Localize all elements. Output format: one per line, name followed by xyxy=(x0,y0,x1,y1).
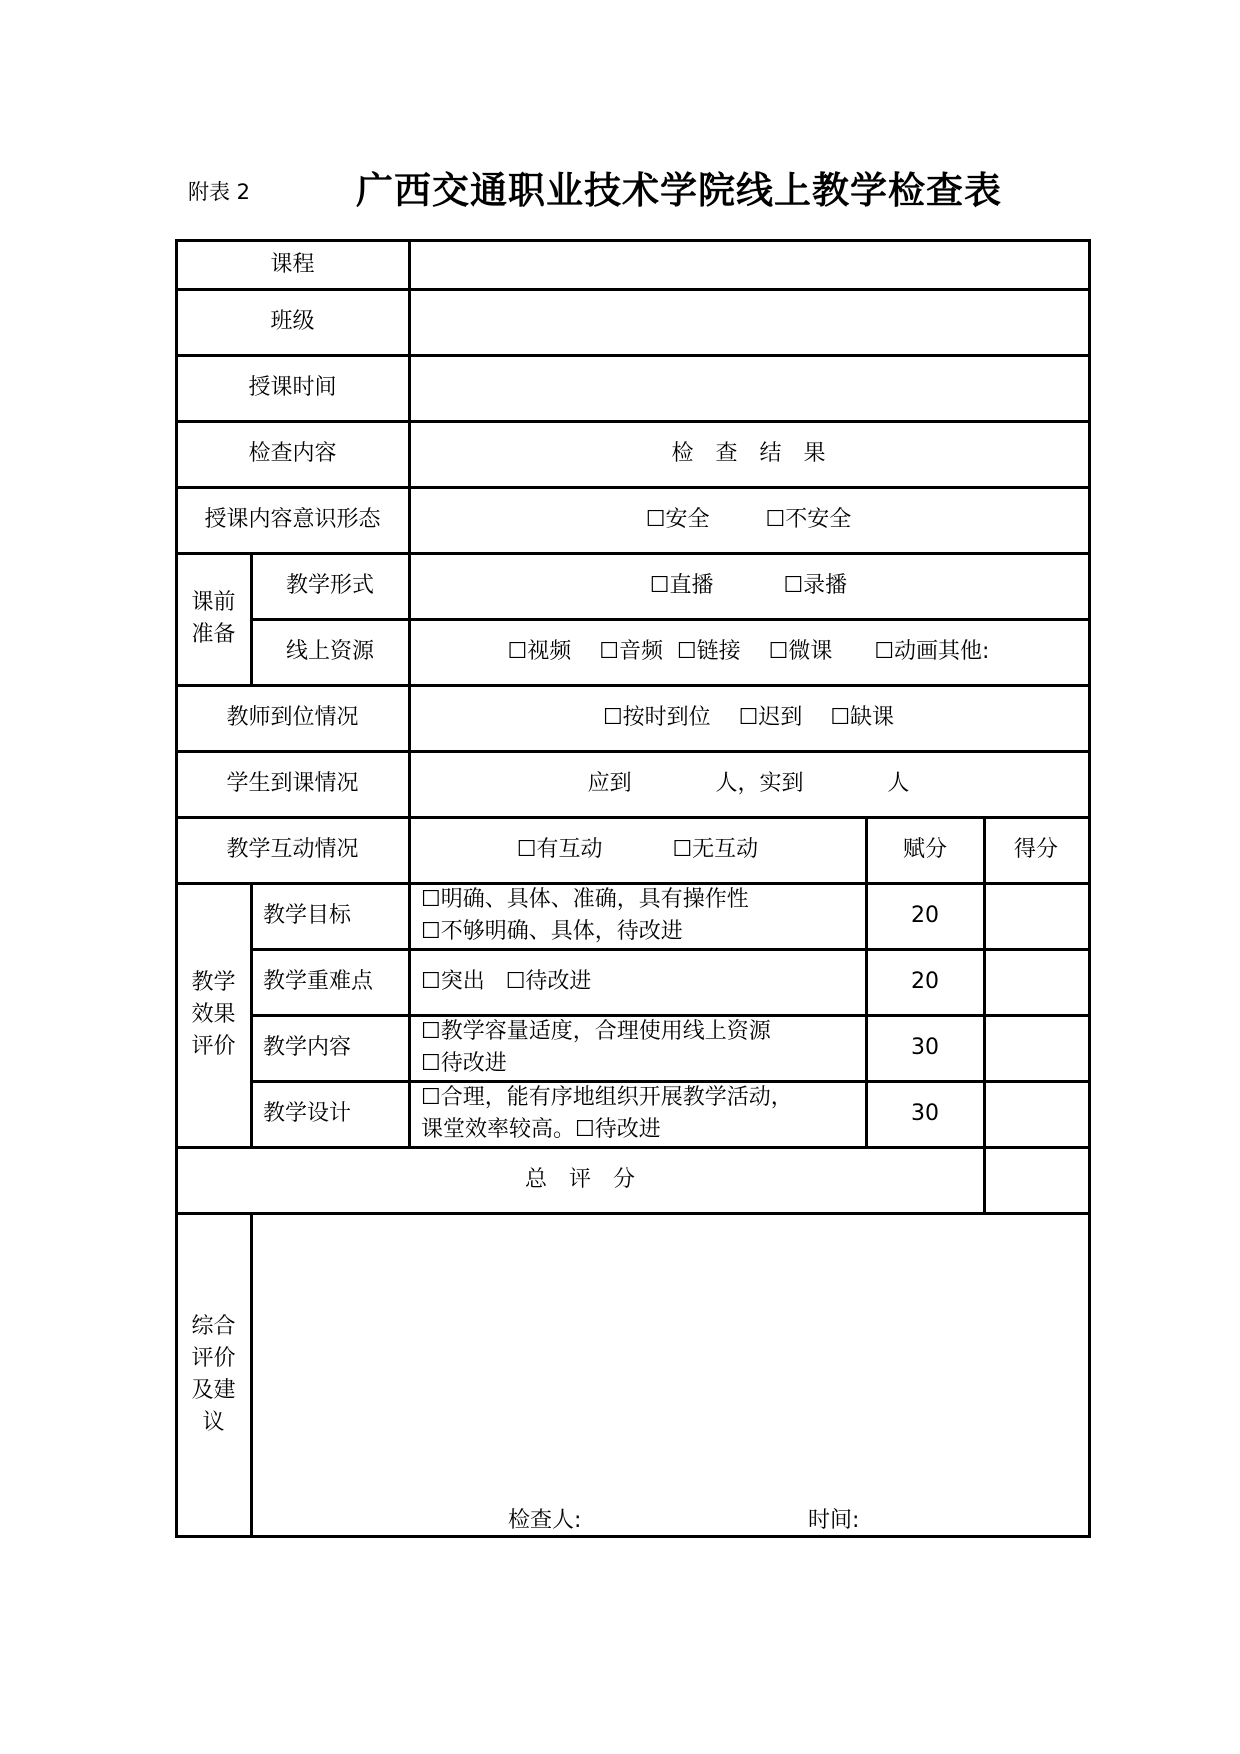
teacher-attendance-options[interactable]: ☐按时到位 ☐迟到 ☐缺课 xyxy=(409,685,1088,751)
total-score-value[interactable] xyxy=(984,1147,1088,1213)
got-header: 得分 xyxy=(984,817,1088,883)
teaching-time-field[interactable] xyxy=(409,355,1088,421)
eval-goal-got[interactable] xyxy=(984,883,1088,949)
eval-key-points-options[interactable]: ☐突出 ☐待改进 xyxy=(409,949,866,1015)
eval-key-points-got[interactable] xyxy=(984,949,1088,1015)
pre-class-label-line2: 准备 xyxy=(191,619,235,651)
eval-design-got[interactable] xyxy=(984,1081,1088,1147)
inspector-label: 检查人: xyxy=(508,1503,581,1534)
row-divider xyxy=(176,750,1091,753)
evaluation-label-line3: 评价 xyxy=(191,1031,235,1063)
online-resources-options[interactable]: ☐视频 ☐音频 ☐链接 ☐微课 ☐动画其他: xyxy=(409,619,1088,685)
teacher-attendance-label: 教师到位情况 xyxy=(176,685,409,751)
evaluation-label-line2: 效果 xyxy=(191,999,235,1031)
row-divider xyxy=(176,1212,1091,1215)
summary-label-line2: 评价 xyxy=(191,1343,235,1375)
col-divider xyxy=(408,239,411,1147)
student-attendance-text[interactable]: 应到 人，实到 人 xyxy=(409,751,1088,817)
row-divider xyxy=(251,1014,1091,1017)
row-divider xyxy=(176,1146,1091,1149)
pre-class-group-label: 课前 准备 xyxy=(176,553,251,685)
eval-goal-label: 教学目标 xyxy=(251,883,409,949)
class-field[interactable] xyxy=(409,289,1088,355)
eval-goal-option-2[interactable]: ☐不够明确、具体，待改进 xyxy=(421,916,683,948)
col-divider xyxy=(983,816,986,1213)
teaching-form-label: 教学形式 xyxy=(251,553,409,619)
eval-design-options[interactable]: ☐合理，能有序地组织开展教学活动， 课堂效率较高。☐待改进 xyxy=(409,1081,866,1147)
eval-content-score: 30 xyxy=(866,1015,984,1081)
col-divider xyxy=(250,1212,253,1538)
eval-content-option-1[interactable]: ☐教学容量适度，合理使用线上资源 xyxy=(421,1016,771,1048)
eval-content-label: 教学内容 xyxy=(251,1015,409,1081)
check-result-header: 检 查 结 果 xyxy=(409,421,1088,487)
table-border-left xyxy=(175,239,178,1538)
col-divider xyxy=(250,552,253,685)
student-attendance-label: 学生到课情况 xyxy=(176,751,409,817)
row-divider xyxy=(251,948,1091,951)
page-title: 广西交通职业技术学院线上教学检查表 xyxy=(356,160,1002,214)
row-divider xyxy=(176,486,1091,489)
row-divider xyxy=(176,684,1091,687)
summary-label-line4: 议 xyxy=(202,1407,224,1439)
eval-goal-options[interactable]: ☐明确、具体、准确，具有操作性 ☐不够明确、具体，待改进 xyxy=(409,883,866,949)
interaction-options[interactable]: ☐有互动 ☐无互动 xyxy=(409,817,866,883)
score-header: 赋分 xyxy=(866,817,984,883)
teaching-form-options[interactable]: ☐直播 ☐录播 xyxy=(409,553,1088,619)
row-divider xyxy=(176,420,1091,423)
table-border-bottom xyxy=(176,1535,1091,1538)
row-divider xyxy=(176,288,1091,291)
summary-comments-field[interactable] xyxy=(251,1213,1088,1536)
class-label: 班级 xyxy=(176,289,409,355)
total-score-label: 总 评 分 xyxy=(176,1147,984,1213)
eval-content-got[interactable] xyxy=(984,1015,1088,1081)
row-divider xyxy=(176,816,1091,819)
summary-label-line1: 综合 xyxy=(191,1311,235,1343)
eval-content-options[interactable]: ☐教学容量适度，合理使用线上资源 ☐待改进 xyxy=(409,1015,866,1081)
interaction-label: 教学互动情况 xyxy=(176,817,409,883)
ideology-label: 授课内容意识形态 xyxy=(176,487,409,553)
summary-label-line3: 及建 xyxy=(191,1375,235,1407)
teaching-time-label: 授课时间 xyxy=(176,355,409,421)
summary-group-label: 综合 评价 及建 议 xyxy=(176,1213,251,1536)
row-divider xyxy=(251,618,1091,621)
eval-design-label: 教学设计 xyxy=(251,1081,409,1147)
eval-design-option-2[interactable]: 课堂效率较高。☐待改进 xyxy=(421,1114,661,1146)
eval-goal-option-1[interactable]: ☐明确、具体、准确，具有操作性 xyxy=(421,884,749,916)
row-divider xyxy=(176,552,1091,555)
check-content-header: 检查内容 xyxy=(176,421,409,487)
inspection-time-label: 时间: xyxy=(808,1503,859,1534)
eval-design-score: 30 xyxy=(866,1081,984,1147)
online-resources-label: 线上资源 xyxy=(251,619,409,685)
course-field[interactable] xyxy=(409,240,1088,289)
eval-content-option-2[interactable]: ☐待改进 xyxy=(421,1048,507,1080)
row-divider xyxy=(176,882,1091,885)
row-divider xyxy=(176,354,1091,357)
evaluation-group-label: 教学 效果 评价 xyxy=(176,883,251,1147)
ideology-options[interactable]: ☐安全 ☐不安全 xyxy=(409,487,1088,553)
course-label: 课程 xyxy=(176,240,409,289)
evaluation-label-line1: 教学 xyxy=(191,967,235,999)
col-divider xyxy=(865,816,868,1147)
eval-key-points-score: 20 xyxy=(866,949,984,1015)
eval-goal-score: 20 xyxy=(866,883,984,949)
table-border-top xyxy=(176,239,1091,242)
pre-class-label-line1: 课前 xyxy=(191,587,235,619)
eval-design-option-1[interactable]: ☐合理，能有序地组织开展教学活动， xyxy=(421,1082,793,1114)
appendix-label: 附表 2 xyxy=(188,176,250,206)
col-divider xyxy=(250,882,253,1147)
eval-key-points-label: 教学重难点 xyxy=(251,949,409,1015)
row-divider xyxy=(251,1080,1091,1083)
table-border-right xyxy=(1088,239,1091,1538)
